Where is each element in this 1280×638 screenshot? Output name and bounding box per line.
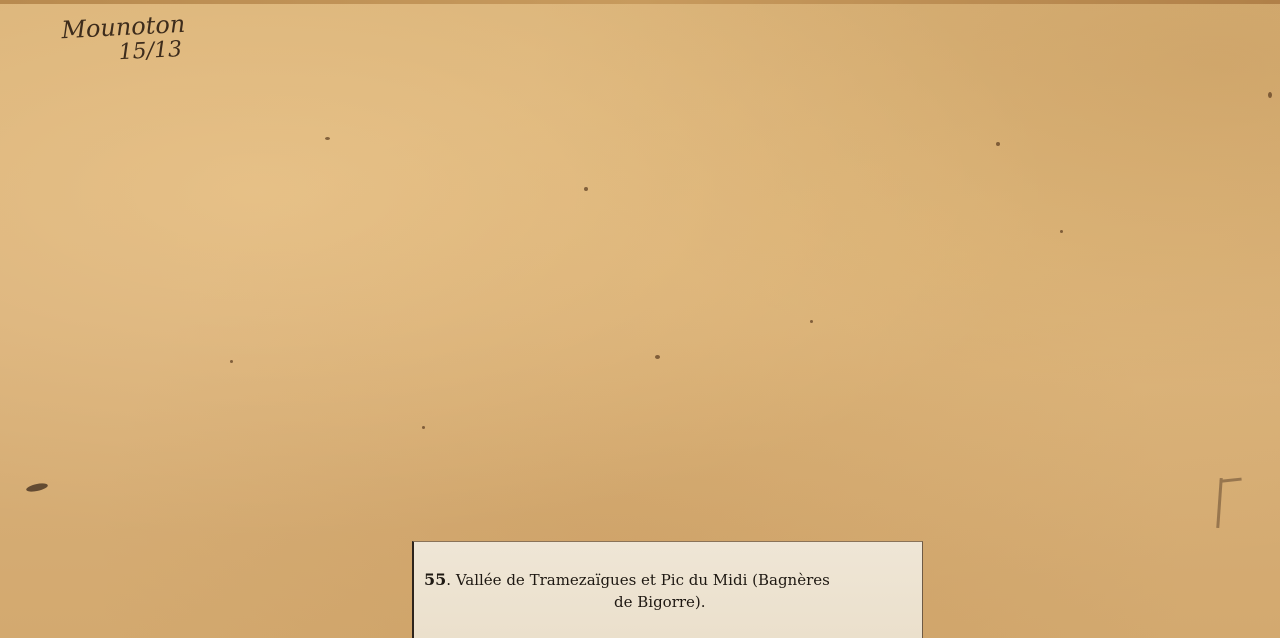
handwritten-number: 15/13 [118, 37, 187, 67]
title-line-2: de Bigorre). [424, 591, 919, 613]
printed-title-label: 55. Vallée de Tramezaïgues et Pic du Mid… [412, 541, 923, 638]
speck [584, 187, 588, 191]
pencil-mark [1216, 478, 1222, 528]
speck [230, 360, 233, 363]
ink-smudge [26, 482, 49, 493]
speck [1060, 230, 1063, 233]
view-number: 55 [424, 570, 446, 589]
title-line-1: Vallée de Tramezaïgues et Pic du Midi (B… [451, 571, 830, 589]
label-text: 55. Vallée de Tramezaïgues et Pic du Mid… [424, 569, 919, 613]
speck [996, 142, 1000, 146]
handwritten-note: Mounoton 15/13 [61, 11, 187, 69]
speck [325, 137, 330, 140]
speck [1268, 92, 1272, 98]
speck [422, 426, 425, 429]
speck [810, 320, 813, 323]
speck [655, 355, 660, 359]
card-back: Mounoton 15/13 55. Vallée de Tramezaïgue… [0, 0, 1280, 638]
card-top-edge [0, 0, 1280, 4]
